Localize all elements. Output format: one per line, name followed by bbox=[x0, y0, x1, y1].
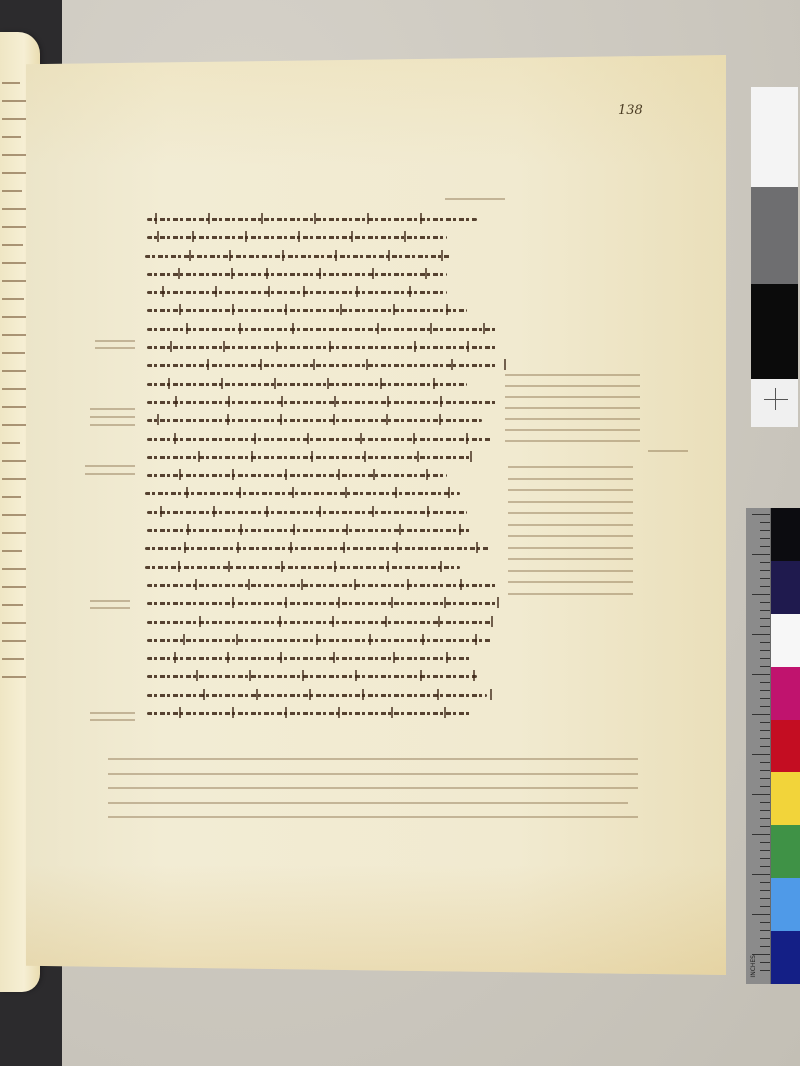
ruler-tick bbox=[760, 850, 770, 851]
ruler-tick bbox=[760, 530, 770, 531]
main-text-block bbox=[145, 210, 505, 722]
text-line bbox=[145, 320, 505, 338]
previous-page-text-line bbox=[2, 298, 24, 300]
ruler-tick bbox=[760, 906, 770, 907]
ruler-tick bbox=[760, 738, 770, 739]
grayscale-target bbox=[751, 87, 798, 427]
text-line bbox=[145, 521, 505, 539]
scholion-line bbox=[508, 558, 633, 560]
previous-page-text-line bbox=[2, 460, 27, 462]
previous-page-text-line bbox=[2, 100, 27, 102]
scholion-line bbox=[508, 570, 633, 572]
ruler-tick bbox=[760, 802, 770, 803]
ruler-tick bbox=[752, 834, 770, 835]
color-patch bbox=[771, 931, 800, 984]
scholion-line bbox=[108, 773, 638, 775]
ruler-tick bbox=[760, 722, 770, 723]
scholion-line bbox=[85, 465, 135, 467]
previous-page-text-line bbox=[2, 568, 29, 570]
ruler-tick bbox=[760, 898, 770, 899]
color-patch bbox=[771, 720, 800, 773]
crosshair-icon bbox=[764, 388, 788, 410]
scholion-line bbox=[505, 396, 640, 398]
ruler-tick bbox=[760, 562, 770, 563]
text-line bbox=[145, 576, 505, 594]
previous-page-text-line bbox=[2, 352, 25, 354]
ruler-tick bbox=[760, 626, 770, 627]
text-line bbox=[145, 393, 505, 411]
color-patches bbox=[771, 508, 800, 984]
ruler-tick bbox=[760, 690, 770, 691]
previous-page-text-line bbox=[2, 154, 28, 156]
scholion-line bbox=[90, 712, 135, 714]
ruler-tick bbox=[760, 682, 770, 683]
ruler-tick bbox=[752, 514, 770, 515]
text-line bbox=[145, 594, 505, 612]
previous-page-text-line bbox=[2, 514, 28, 516]
ruler-tick bbox=[760, 770, 770, 771]
text-line bbox=[145, 411, 505, 429]
text-line bbox=[145, 686, 505, 704]
color-patch bbox=[771, 825, 800, 878]
ruler-tick bbox=[752, 914, 770, 915]
scholion-line bbox=[90, 607, 130, 609]
scholion-line bbox=[108, 758, 638, 760]
ruler-label: INCHES bbox=[750, 955, 757, 978]
color-patch bbox=[771, 614, 800, 667]
previous-page-text-line bbox=[2, 658, 24, 660]
ruler-tick bbox=[760, 818, 770, 819]
ruler-tick bbox=[760, 538, 770, 539]
ruler-tick bbox=[760, 546, 770, 547]
text-line bbox=[145, 228, 505, 246]
scholion-line bbox=[85, 473, 135, 475]
ruler-tick bbox=[760, 698, 770, 699]
ruler-tick bbox=[760, 522, 770, 523]
text-line bbox=[145, 466, 505, 484]
scholion-line bbox=[90, 600, 130, 602]
inch-ruler: INCHES bbox=[746, 508, 771, 984]
scholion-line bbox=[90, 416, 135, 418]
scholion-line bbox=[508, 501, 633, 503]
scholion-line bbox=[505, 374, 640, 376]
ruler-tick bbox=[760, 570, 770, 571]
scholion-line bbox=[508, 466, 633, 468]
ruler-tick bbox=[760, 746, 770, 747]
previous-page-text-line bbox=[2, 496, 21, 498]
scholion-line bbox=[508, 593, 633, 595]
text-line bbox=[145, 704, 505, 722]
ruler-tick bbox=[760, 810, 770, 811]
ruler-tick bbox=[760, 762, 770, 763]
text-line bbox=[145, 667, 505, 685]
text-line bbox=[145, 539, 505, 557]
ruler-tick bbox=[760, 642, 770, 643]
gray-patch bbox=[751, 284, 798, 379]
ruler-tick bbox=[760, 930, 770, 931]
ruler-tick bbox=[752, 594, 770, 595]
ruler-tick bbox=[752, 674, 770, 675]
scholion-line bbox=[108, 787, 638, 789]
ruler-tick bbox=[760, 882, 770, 883]
text-line bbox=[145, 430, 505, 448]
ruler-tick bbox=[760, 666, 770, 667]
scholion-line bbox=[90, 719, 135, 721]
color-patch bbox=[771, 667, 800, 720]
previous-page-text-line bbox=[2, 442, 20, 444]
text-line bbox=[145, 613, 505, 631]
previous-page-text-line bbox=[2, 244, 23, 246]
ruler-tick bbox=[760, 970, 770, 971]
ruler-tick bbox=[760, 922, 770, 923]
scholion-line bbox=[508, 535, 633, 537]
previous-page-text-line bbox=[2, 190, 22, 192]
scholion-line bbox=[95, 340, 135, 342]
ruler-tick bbox=[760, 842, 770, 843]
ruler-tick bbox=[760, 826, 770, 827]
ruler-tick bbox=[752, 874, 770, 875]
previous-page-text-line bbox=[2, 622, 30, 624]
ruler-tick bbox=[760, 866, 770, 867]
color-patch bbox=[771, 772, 800, 825]
text-line bbox=[145, 649, 505, 667]
previous-page-text-line bbox=[2, 550, 22, 552]
scholion-line bbox=[445, 198, 505, 200]
previous-page-text-line bbox=[2, 136, 21, 138]
text-line bbox=[145, 210, 505, 228]
color-patch bbox=[771, 878, 800, 931]
scholion-line bbox=[505, 407, 640, 409]
ruler-tick bbox=[760, 618, 770, 619]
text-line bbox=[145, 375, 505, 393]
ruler-tick bbox=[760, 858, 770, 859]
scholion-line bbox=[508, 489, 633, 491]
scholion-line bbox=[108, 816, 638, 818]
ruler-tick bbox=[760, 946, 770, 947]
gray-patch bbox=[751, 87, 798, 187]
ruler-tick bbox=[752, 554, 770, 555]
scholion-line bbox=[508, 512, 633, 514]
scholion-line bbox=[505, 418, 640, 420]
text-line bbox=[145, 265, 505, 283]
scholion-line bbox=[508, 581, 633, 583]
scholion-line bbox=[90, 408, 135, 410]
color-scale-target: INCHES bbox=[746, 508, 800, 984]
ruler-tick bbox=[760, 578, 770, 579]
text-line bbox=[145, 283, 505, 301]
previous-page-text-line bbox=[2, 208, 29, 210]
text-line bbox=[145, 631, 505, 649]
scholion-line bbox=[508, 547, 633, 549]
scholion-line bbox=[648, 450, 688, 452]
ruler-tick bbox=[760, 730, 770, 731]
ruler-tick bbox=[752, 754, 770, 755]
gray-patch bbox=[751, 187, 798, 284]
scholion-line bbox=[108, 802, 628, 804]
ruler-tick bbox=[752, 954, 770, 955]
text-line bbox=[145, 484, 505, 502]
ruler-tick bbox=[760, 890, 770, 891]
text-line bbox=[145, 247, 505, 265]
scholion-line bbox=[95, 347, 135, 349]
previous-page-text-line bbox=[2, 82, 20, 84]
ruler-tick bbox=[760, 658, 770, 659]
text-line bbox=[145, 558, 505, 576]
previous-page-text-line bbox=[2, 262, 30, 264]
ruler-tick bbox=[760, 610, 770, 611]
ruler-tick bbox=[760, 650, 770, 651]
ruler-tick bbox=[760, 586, 770, 587]
ruler-tick bbox=[760, 706, 770, 707]
text-line bbox=[145, 356, 505, 374]
text-line bbox=[145, 338, 505, 356]
ruler-tick bbox=[760, 962, 770, 963]
scholion-line bbox=[505, 440, 640, 442]
previous-page-text-line bbox=[2, 406, 26, 408]
ruler-tick bbox=[760, 778, 770, 779]
scholion-line bbox=[505, 429, 640, 431]
scholion-line bbox=[508, 478, 633, 480]
ruler-tick bbox=[760, 602, 770, 603]
color-patch bbox=[771, 561, 800, 614]
text-line bbox=[145, 448, 505, 466]
text-line bbox=[145, 503, 505, 521]
color-patch bbox=[771, 508, 800, 561]
ruler-tick bbox=[752, 714, 770, 715]
ruler-tick bbox=[760, 786, 770, 787]
ruler-tick bbox=[760, 938, 770, 939]
ruler-tick bbox=[752, 794, 770, 795]
scholion-line bbox=[505, 385, 640, 387]
previous-page-text-line bbox=[2, 604, 23, 606]
folio-number: 138 bbox=[618, 103, 643, 118]
ruler-tick bbox=[752, 634, 770, 635]
scholion-line bbox=[90, 424, 135, 426]
scholion-line bbox=[508, 524, 633, 526]
text-line bbox=[145, 301, 505, 319]
